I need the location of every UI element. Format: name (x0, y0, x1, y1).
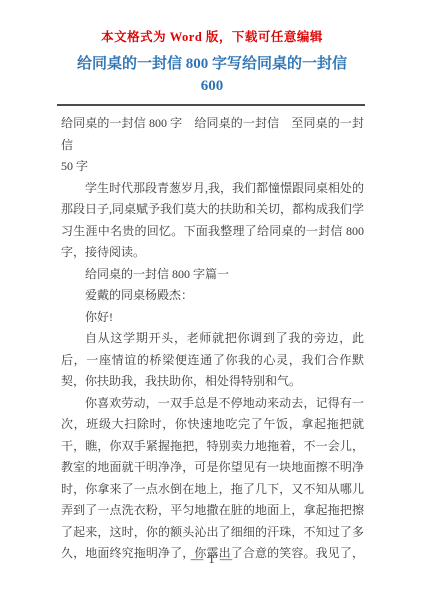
body-line: 弄到了一点洗衣粉，平匀地撒在脏的地面上，拿起拖把擦 (61, 500, 364, 522)
format-notice: 本文格式为 Word 版，下载可任意编辑 (0, 0, 424, 45)
body-line: 次，班级大扫除时，你快速地吃完了午饭，拿起拖把就 (61, 414, 364, 436)
body-line: 学生时代那段青葱岁月,我，我们都憧憬跟同桌相处的 (61, 178, 364, 200)
page-container: 本文格式为 Word 版，下载可任意编辑 给同桌的一封信 800 字写给同桌的一… (0, 0, 424, 600)
body-line: 自从这学期开头，老师就把你调到了我的旁边，此 (61, 328, 364, 350)
body-line: 你喜欢劳动，一双手总是不停地动来动去，记得有一 (61, 393, 364, 415)
body-line: 50 字 (61, 156, 364, 178)
body-line: 那段日子,同桌赋予我们莫大的扶助和关切，都构成我们学 (61, 199, 364, 221)
body-line: 爱戴的同桌杨殿杰： (61, 285, 364, 307)
body-line: 给同桌的一封信 800 字篇一 (61, 264, 364, 286)
document-title: 给同桌的一封信 800 字写给同桌的一封信 600 (0, 53, 424, 97)
title-line-1: 给同桌的一封信 800 字写给同桌的一封信 (0, 53, 424, 75)
page-number: — 1 — (0, 552, 424, 567)
divider-rule (57, 104, 365, 106)
body-line: 时，你拿来了一点水倒在地上，拖了几下，又不知从哪儿 (61, 479, 364, 501)
body-line: 习生涯中名贵的回忆。下面我整理了给同桌的一封信 800 (61, 221, 364, 243)
body-line: 你好! (61, 307, 364, 329)
body-line: 契，你扶助我，我扶助你，相处得特别和气。 (61, 371, 364, 393)
body-line: 后，一座情谊的桥梁便连通了你我的心灵，我们合作默 (61, 350, 364, 372)
body-line: 教室的地面就干明净净，可是你望见有一块地面擦不明净 (61, 457, 364, 479)
title-line-2: 600 (0, 75, 424, 97)
document-body: 给同桌的一封信 800 字 给同桌的一封信 至同桌的一封信50 字学生时代那段青… (61, 113, 364, 565)
body-line: 给同桌的一封信 800 字 给同桌的一封信 至同桌的一封信 (61, 113, 364, 156)
body-line: 字，接待阅读。 (61, 242, 364, 264)
body-line: 了起来，这时，你的额头沁出了细细的汗珠，不知过了多 (61, 522, 364, 544)
body-line: 干，瞧，你双手紧握拖把，特别卖力地拖着，不一会儿， (61, 436, 364, 458)
